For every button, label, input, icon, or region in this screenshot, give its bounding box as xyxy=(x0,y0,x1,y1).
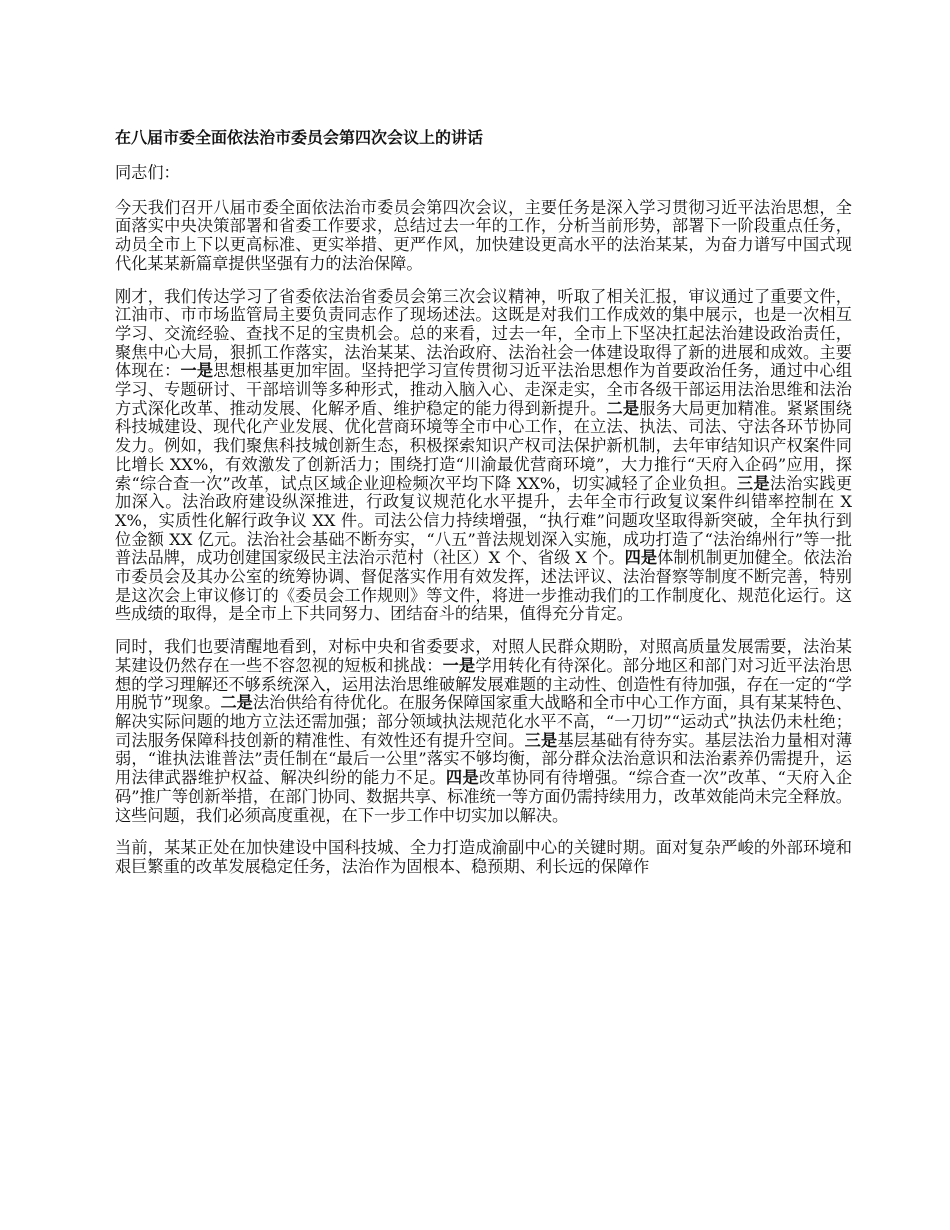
emphasis-label: 二是 xyxy=(606,399,639,418)
salutation: 同志们： xyxy=(115,164,852,183)
emphasis-label: 三是 xyxy=(737,474,770,493)
body-paragraph: 今天我们召开八届市委全面依法治市委员会第四次会议，主要任务是深入学习贯彻习近平法… xyxy=(115,199,852,274)
emphasis-label: 四是 xyxy=(446,768,479,787)
paragraph-text: 今天我们召开八届市委全面依法治市委员会第四次会议，主要任务是深入学习贯彻习近平法… xyxy=(115,198,852,273)
document-title: 在八届市委全面依法治市委员会第四次会议上的讲话 xyxy=(115,128,852,148)
body-paragraph: 刚才，我们传达学习了省委依法治省委员会第三次会议精神，听取了相关汇报，审议通过了… xyxy=(115,288,852,625)
paragraph-text: 当前，某某正处在加快建设中国科技城、全力打造成渝副中心的关键时期。面对复杂严峻的… xyxy=(115,838,852,876)
emphasis-label: 三是 xyxy=(525,731,558,750)
body-paragraph: 同时，我们也要清醒地看到，对标中央和省委要求，对照人民群众期盼，对照高质量发展需… xyxy=(115,638,852,825)
document-body: 今天我们召开八届市委全面依法治市委员会第四次会议，主要任务是深入学习贯彻习近平法… xyxy=(115,199,852,877)
emphasis-label: 一是 xyxy=(443,656,476,675)
emphasis-label: 一是 xyxy=(181,361,214,380)
emphasis-label: 二是 xyxy=(220,693,252,712)
body-paragraph: 当前，某某正处在加快建设中国科技城、全力打造成渝副中心的关键时期。面对复杂严峻的… xyxy=(115,839,852,876)
document-page: 在八届市委全面依法治市委员会第四次会议上的讲话 同志们： 今天我们召开八届市委全… xyxy=(115,128,852,891)
emphasis-label: 四是 xyxy=(625,548,657,567)
